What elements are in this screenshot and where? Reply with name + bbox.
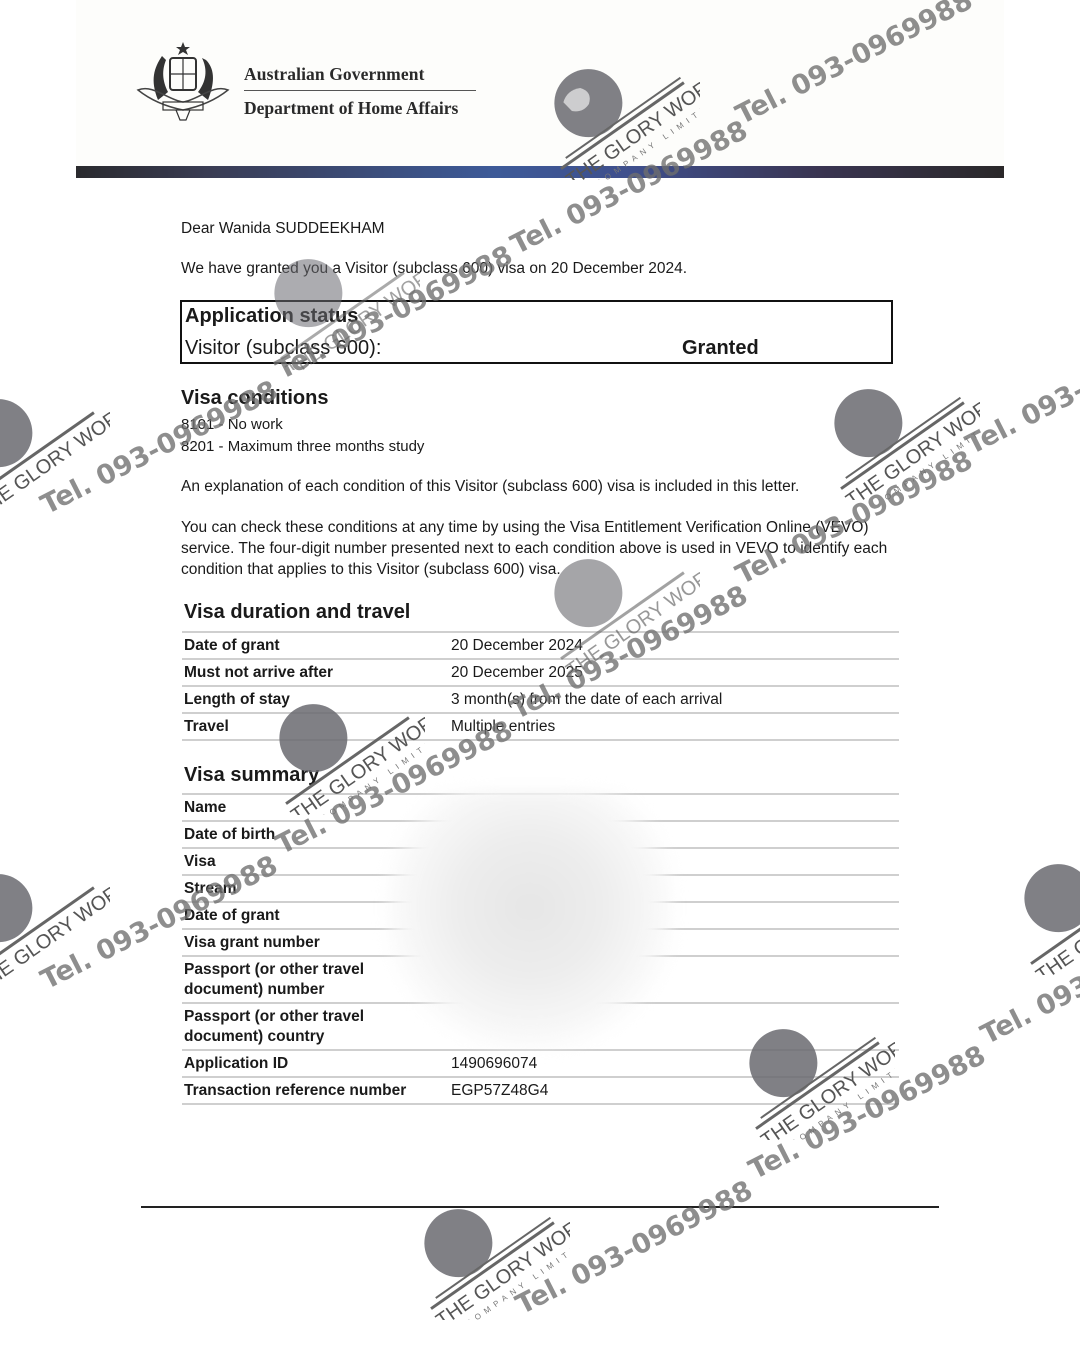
footer-divider: [141, 1206, 939, 1208]
letterhead: Australian Government Department of Home…: [76, 0, 1004, 178]
row-label: Length of stay: [182, 686, 449, 713]
row-value: 1490696074: [449, 1050, 899, 1077]
row-label: Date of grant: [182, 632, 449, 659]
government-name: Australian Government: [244, 64, 476, 91]
watermark-tel: Tel. 093-0969988: [511, 1175, 758, 1321]
department-name: Department of Home Affairs: [244, 91, 476, 119]
coat-of-arms-icon: [128, 40, 238, 122]
svg-text:THE GLORY WORLD VISA: THE GLORY WORLD VISA: [1032, 845, 1080, 975]
row-value: 20 December 2025: [449, 659, 899, 686]
status-value: Granted: [682, 337, 759, 360]
row-value: EGP57Z48G4: [449, 1077, 899, 1104]
visa-summary-title: Visa summary: [184, 764, 319, 787]
table-row: Date of grant 20 December 2024: [182, 632, 899, 659]
condition-item: 8201 - Maximum three months study: [181, 436, 424, 458]
conditions-explanation: An explanation of each condition of this…: [181, 478, 799, 496]
visa-duration-title: Visa duration and travel: [184, 601, 410, 624]
status-title: Application status: [185, 305, 358, 328]
salutation: Dear Wanida SUDDEEKHAM: [181, 220, 385, 238]
row-label: Transaction reference number: [182, 1077, 449, 1104]
row-label: Must not arrive after: [182, 659, 449, 686]
watermark-tel: Tel. 093-0969988: [961, 315, 1080, 461]
row-label: Application ID: [182, 1050, 449, 1077]
redaction-blur: [385, 790, 675, 1050]
watermark-logo-icon: THE GLORY WORLD VISA: [1000, 845, 1080, 975]
watermark-tel: Tel. 093-0969988: [976, 905, 1080, 1051]
row-label: Travel: [182, 713, 449, 740]
table-row: Travel Multiple entries: [182, 713, 899, 740]
table-row: Application ID1490696074: [182, 1050, 899, 1077]
header-color-bar: [76, 166, 1004, 178]
table-row: Transaction reference numberEGP57Z48G4: [182, 1077, 899, 1104]
